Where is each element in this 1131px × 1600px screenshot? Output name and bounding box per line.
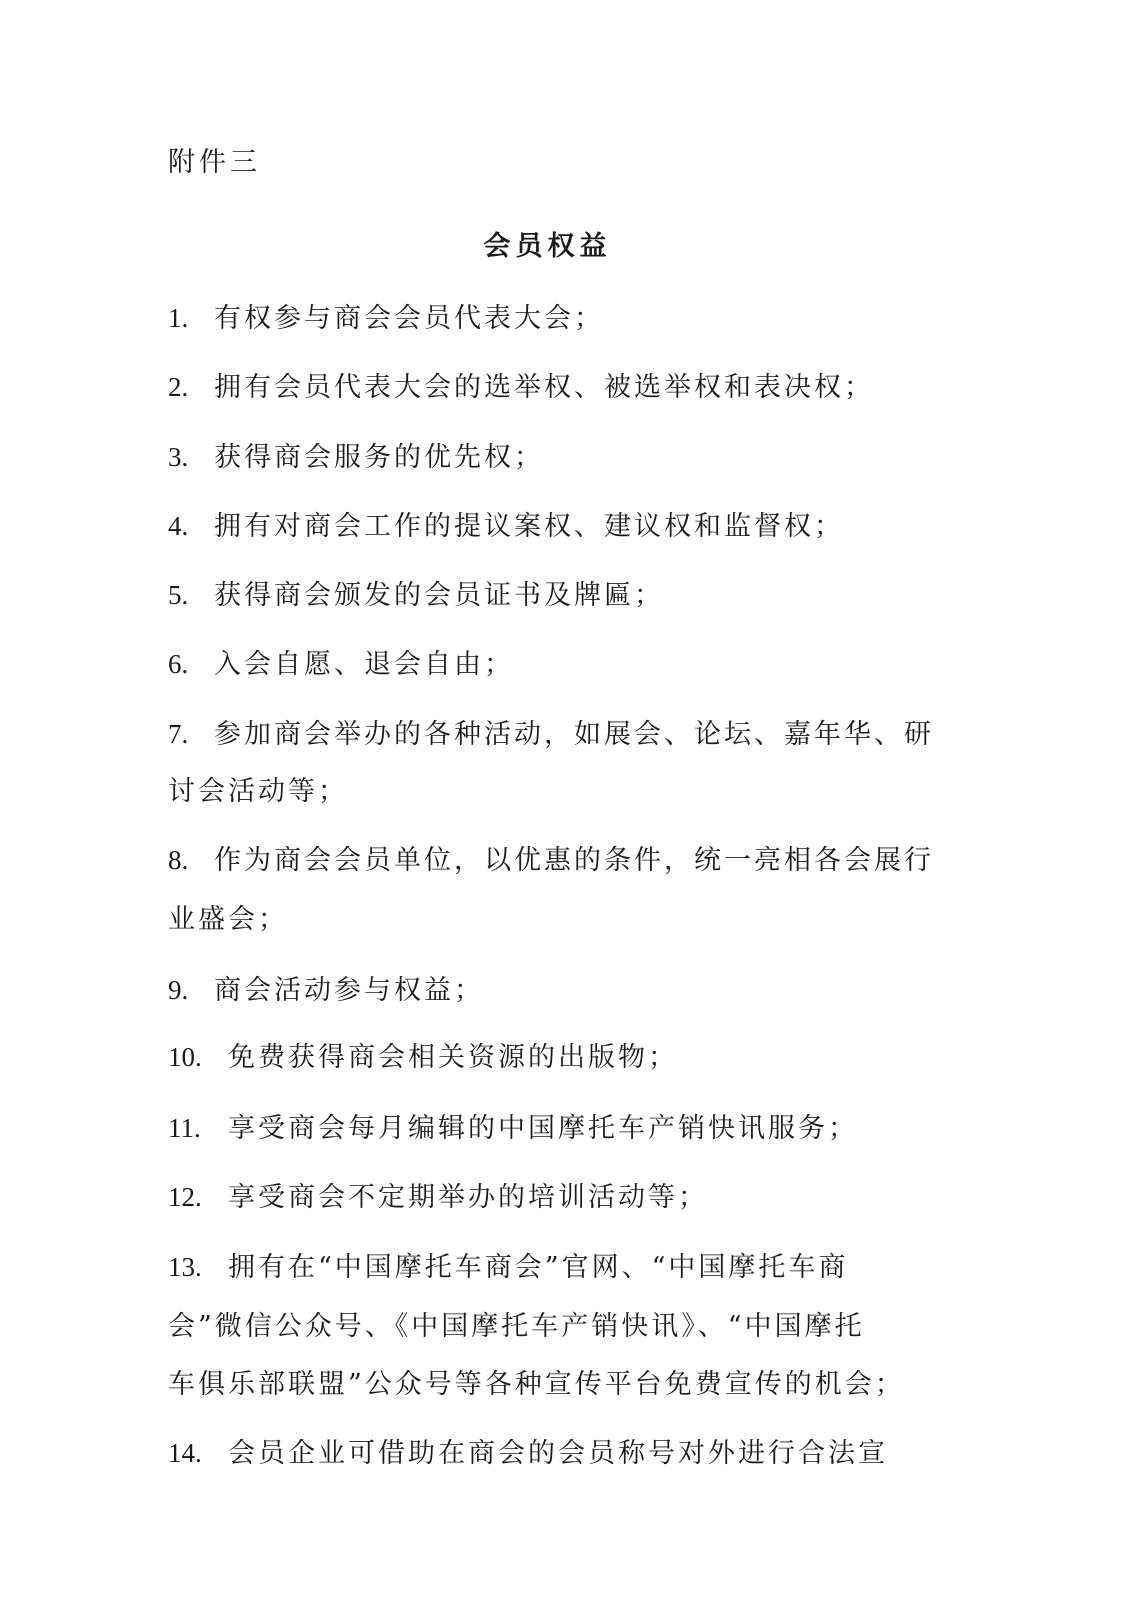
item-number: 3.	[168, 440, 214, 474]
item-text: 免费获得商会相关资源的出版物；	[228, 1042, 678, 1073]
item-text: 获得商会服务的优先权；	[214, 442, 544, 473]
list-item-7-continued: 讨会活动等；	[168, 775, 348, 809]
list-item-14: 14.会员企业可借助在商会的会员称号对外进行合法宣	[168, 1436, 888, 1471]
list-item-8-continued: 业盛会；	[168, 903, 288, 937]
list-item-12: 12.享受商会不定期举办的培训活动等；	[168, 1180, 708, 1215]
list-item-10: 10.免费获得商会相关资源的出版物；	[168, 1040, 678, 1075]
item-text: 享受商会不定期举办的培训活动等；	[228, 1182, 708, 1213]
item-text: 拥有在“中国摩托车商会”官网、“中国摩托车商	[228, 1252, 848, 1283]
list-item-9: 9.商会活动参与权益；	[168, 973, 484, 1008]
item-text: 入会自愿、退会自由；	[214, 649, 514, 680]
list-item-3: 3.获得商会服务的优先权；	[168, 440, 544, 475]
item-text: 商会活动参与权益；	[214, 975, 484, 1006]
item-number: 14.	[168, 1436, 228, 1470]
item-text: 享受商会每月编辑的中国摩托车产销快讯服务；	[228, 1113, 858, 1144]
item-number: 10.	[168, 1040, 228, 1074]
list-item-13-continued-2: 车俱乐部联盟”公众号等各种宣传平台免费宣传的机会；	[168, 1368, 905, 1402]
item-number: 2.	[168, 370, 214, 404]
item-number: 7.	[168, 717, 214, 751]
item-text: 参加商会举办的各种活动，如展会、论坛、嘉年华、研	[214, 719, 934, 750]
item-text: 作为商会会员单位，以优惠的条件，统一亮相各会展行	[214, 845, 934, 876]
attachment-label: 附件三	[168, 146, 261, 180]
item-number: 6.	[168, 647, 214, 681]
item-number: 12.	[168, 1180, 228, 1214]
item-number: 11.	[168, 1111, 228, 1145]
document-page: 附件三 会员权益 1.有权参与商会会员代表大会； 2.拥有会员代表大会的选举权、…	[0, 0, 1131, 1600]
item-number: 8.	[168, 843, 214, 877]
list-item-2: 2.拥有会员代表大会的选举权、被选举权和表决权；	[168, 370, 874, 405]
item-text: 拥有对商会工作的提议案权、建议权和监督权；	[214, 511, 844, 542]
list-item-13: 13.拥有在“中国摩托车商会”官网、“中国摩托车商	[168, 1250, 848, 1285]
list-item-7: 7.参加商会举办的各种活动，如展会、论坛、嘉年华、研	[168, 717, 934, 752]
item-number: 13.	[168, 1250, 228, 1284]
item-text: 有权参与商会会员代表大会；	[214, 303, 604, 334]
list-item-4: 4.拥有对商会工作的提议案权、建议权和监督权；	[168, 509, 844, 544]
item-number: 1.	[168, 301, 214, 335]
item-number: 4.	[168, 509, 214, 543]
item-text: 获得商会颁发的会员证书及牌匾；	[214, 580, 664, 611]
list-item-13-continued-1: 会”微信公众号、《中国摩托车产销快讯》、“中国摩托	[168, 1310, 865, 1344]
list-item-6: 6.入会自愿、退会自由；	[168, 647, 514, 682]
page-title: 会员权益	[0, 230, 1095, 264]
list-item-1: 1.有权参与商会会员代表大会；	[168, 301, 604, 336]
item-number: 5.	[168, 578, 214, 612]
list-item-5: 5.获得商会颁发的会员证书及牌匾；	[168, 578, 664, 613]
item-text: 会员企业可借助在商会的会员称号对外进行合法宣	[228, 1438, 888, 1469]
list-item-8: 8.作为商会会员单位，以优惠的条件，统一亮相各会展行	[168, 843, 934, 878]
item-text: 拥有会员代表大会的选举权、被选举权和表决权；	[214, 372, 874, 403]
item-number: 9.	[168, 973, 214, 1007]
list-item-11: 11.享受商会每月编辑的中国摩托车产销快讯服务；	[168, 1111, 858, 1146]
